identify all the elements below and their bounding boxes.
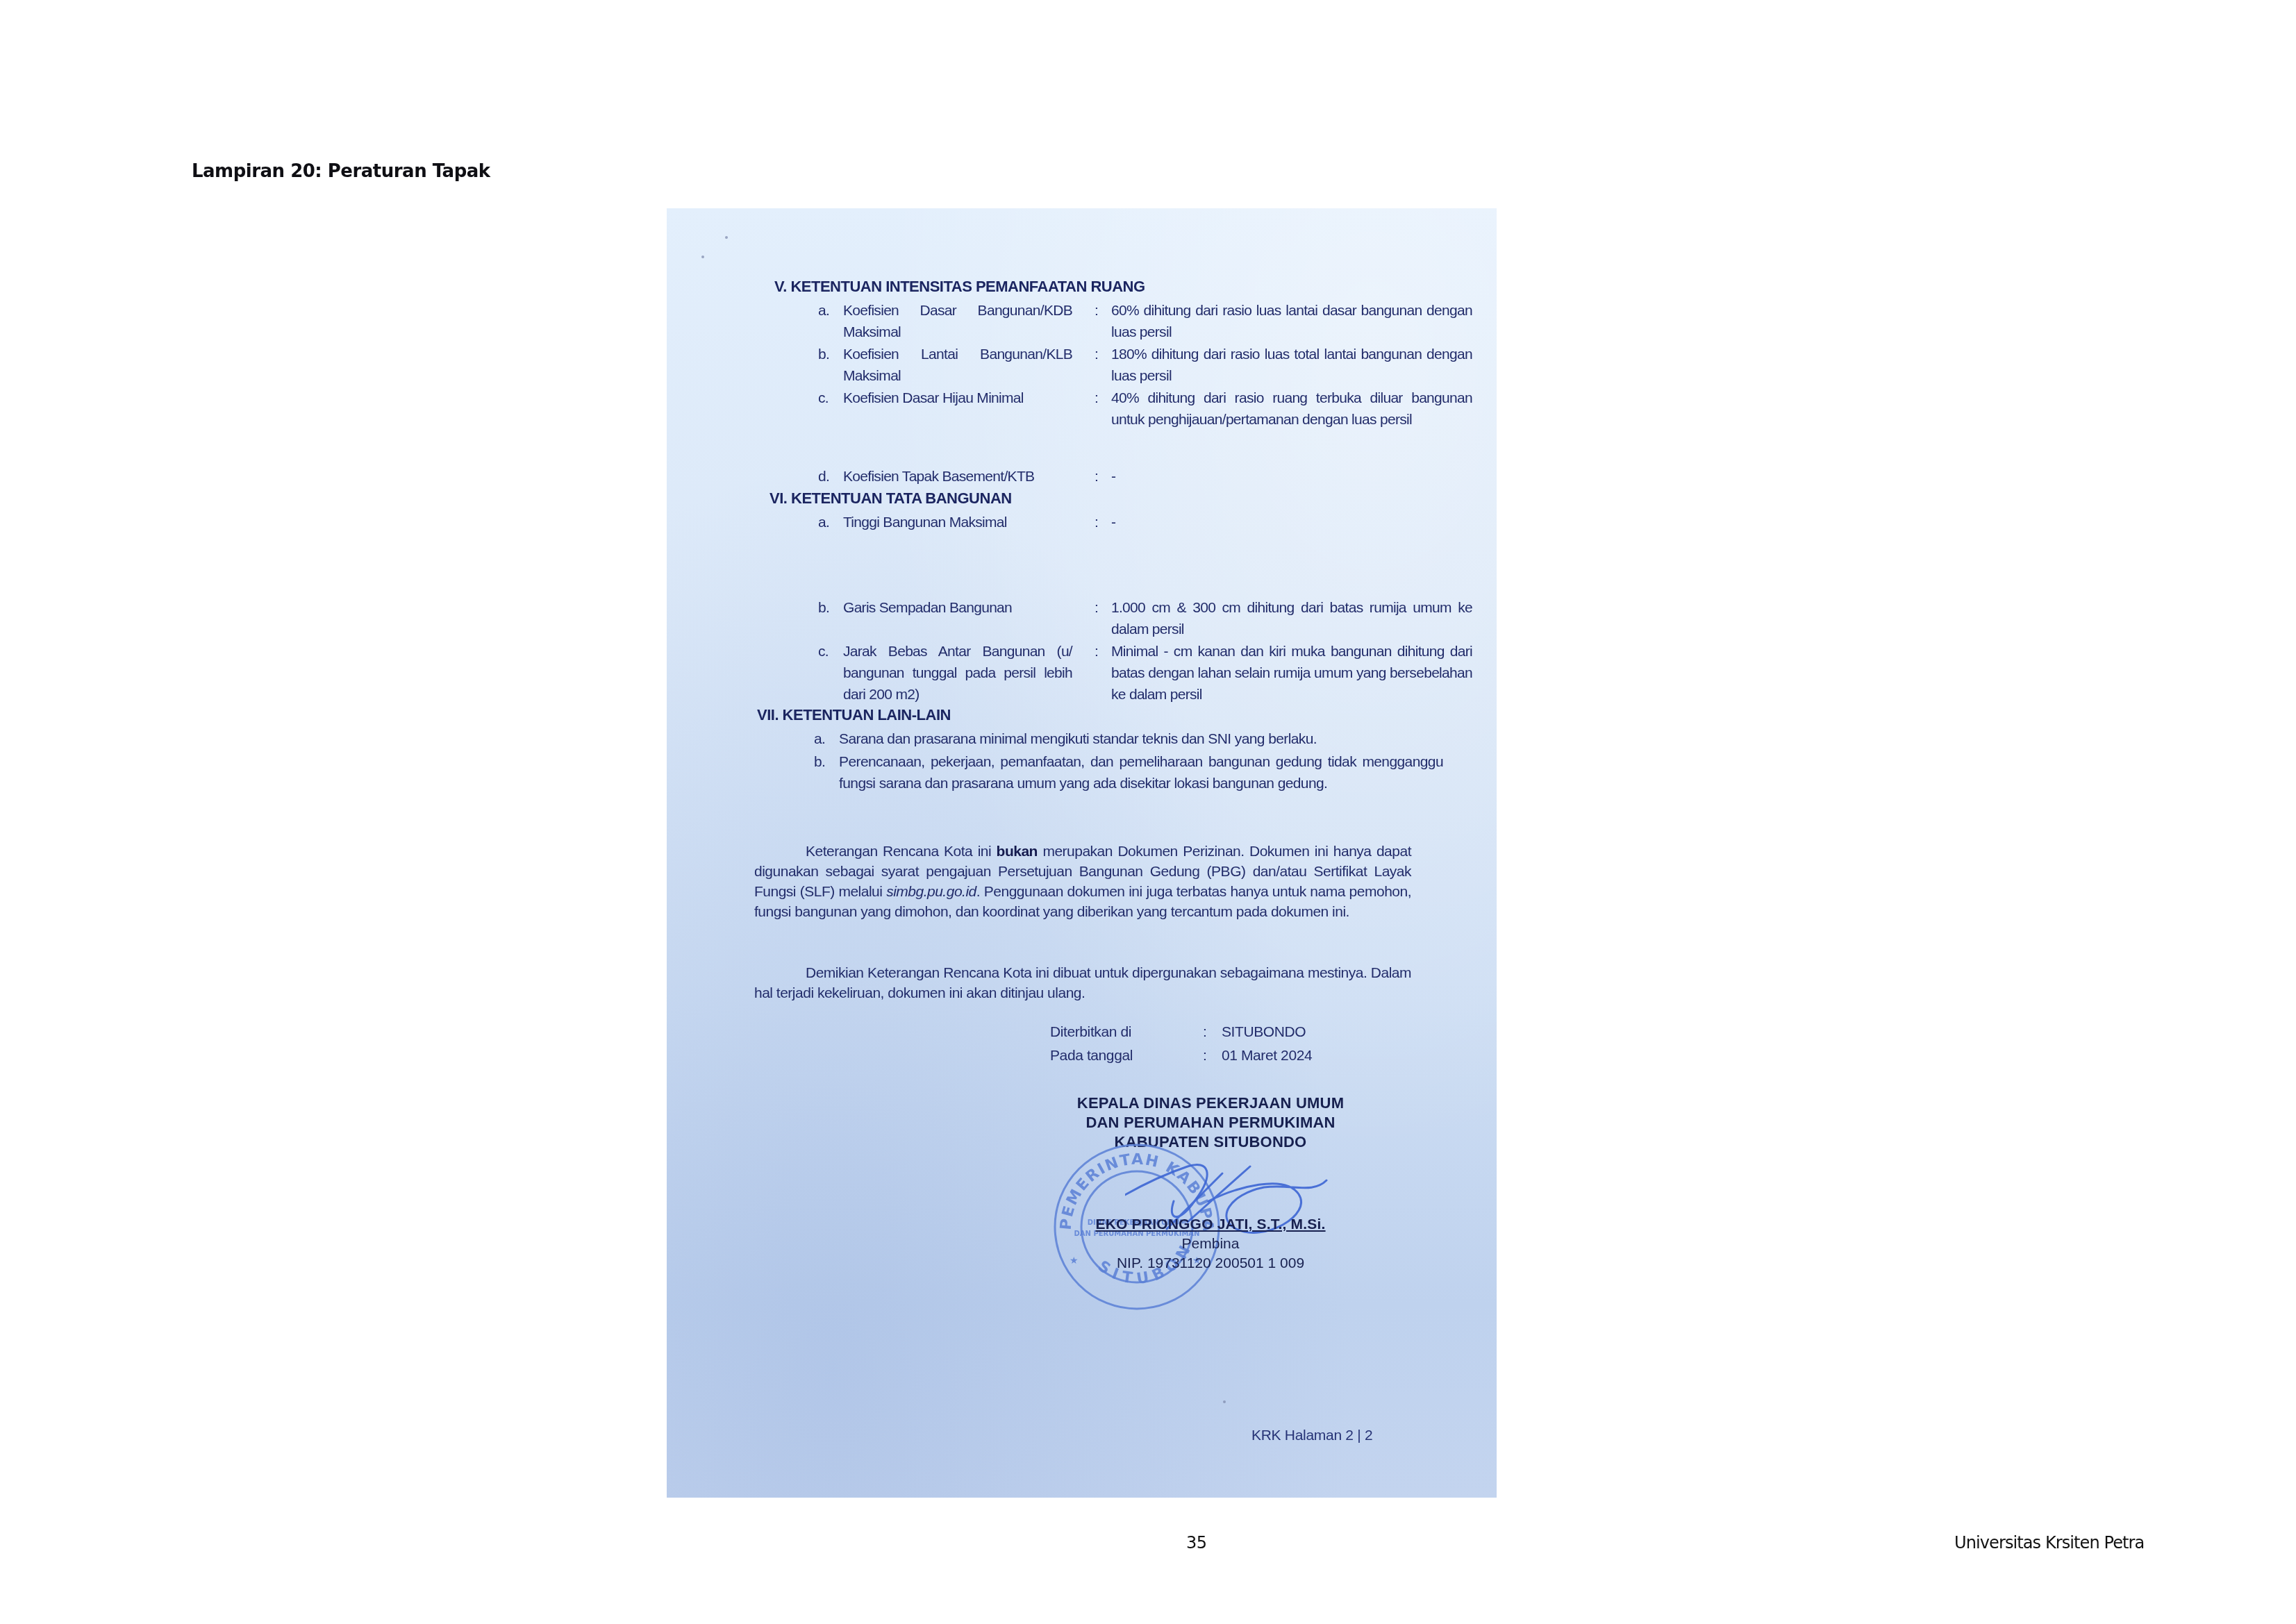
section-vii-item-a: a. Sarana dan prasarana minimal mengikut… xyxy=(814,728,1446,750)
dust-speck xyxy=(1223,1400,1226,1403)
section-v-item-a: a. Koefisien Dasar Bangunan/KDB Maksimal… xyxy=(818,300,1485,343)
dust-speck xyxy=(701,256,704,258)
signer-nip: NIP. 19731120 200501 1 009 xyxy=(1030,1254,1391,1273)
signer-block: EKO PRIONGGO JATI, S.T., M.Si. Pembina N… xyxy=(1030,1215,1391,1273)
simbg-link-text: simbg.pu.go.id xyxy=(886,884,976,900)
section-vii-item-b: b. Perencanaan, pekerjaan, pemanfaatan, … xyxy=(814,751,1446,816)
closing-paragraph: Demikian Keterangan Rencana Kota ini dib… xyxy=(754,963,1411,1003)
section-vi-item-b: b. Garis Sempadan Bangunan : 1.000 cm & … xyxy=(818,597,1485,640)
section-v-item-c: c. Koefisien Dasar Hijau Minimal : 40% d… xyxy=(818,387,1485,452)
section-v-title: V. KETENTUAN INTENSITAS PEMANFAATAN RUAN… xyxy=(774,278,1145,296)
scanned-document-photo: V. KETENTUAN INTENSITAS PEMANFAATAN RUAN… xyxy=(667,208,1497,1498)
section-vi-item-a: a. Tinggi Bangunan Maksimal : - xyxy=(818,512,1485,533)
signer-name: EKO PRIONGGO JATI, S.T., M.Si. xyxy=(1030,1215,1391,1234)
disclaimer-paragraph: Keterangan Rencana Kota ini bukan merupa… xyxy=(754,842,1411,922)
footer-institution: Universitas Krsiten Petra xyxy=(1954,1533,2144,1552)
dust-speck xyxy=(725,236,728,239)
signer-rank: Pembina xyxy=(1030,1234,1391,1254)
section-v-item-d: d. Koefisien Tapak Basement/KTB : - xyxy=(818,466,1485,487)
appendix-heading: Lampiran 20: Peraturan Tapak xyxy=(192,161,490,182)
section-v-item-b: b. Koefisien Lantai Bangunan/KLB Maksima… xyxy=(818,344,1485,387)
emphasis-bukan: bukan xyxy=(997,844,1038,860)
section-vii-title: VII. KETENTUAN LAIN-LAIN xyxy=(757,706,951,724)
krk-page-indicator: KRK Halaman 2 | 2 xyxy=(1251,1428,1372,1444)
section-vi-item-c: c. Jarak Bebas Antar Bangunan (u/ bangun… xyxy=(818,641,1485,705)
section-vi-title: VI. KETENTUAN TATA BANGUNAN xyxy=(770,489,1012,508)
page-number: 35 xyxy=(1186,1533,1207,1552)
